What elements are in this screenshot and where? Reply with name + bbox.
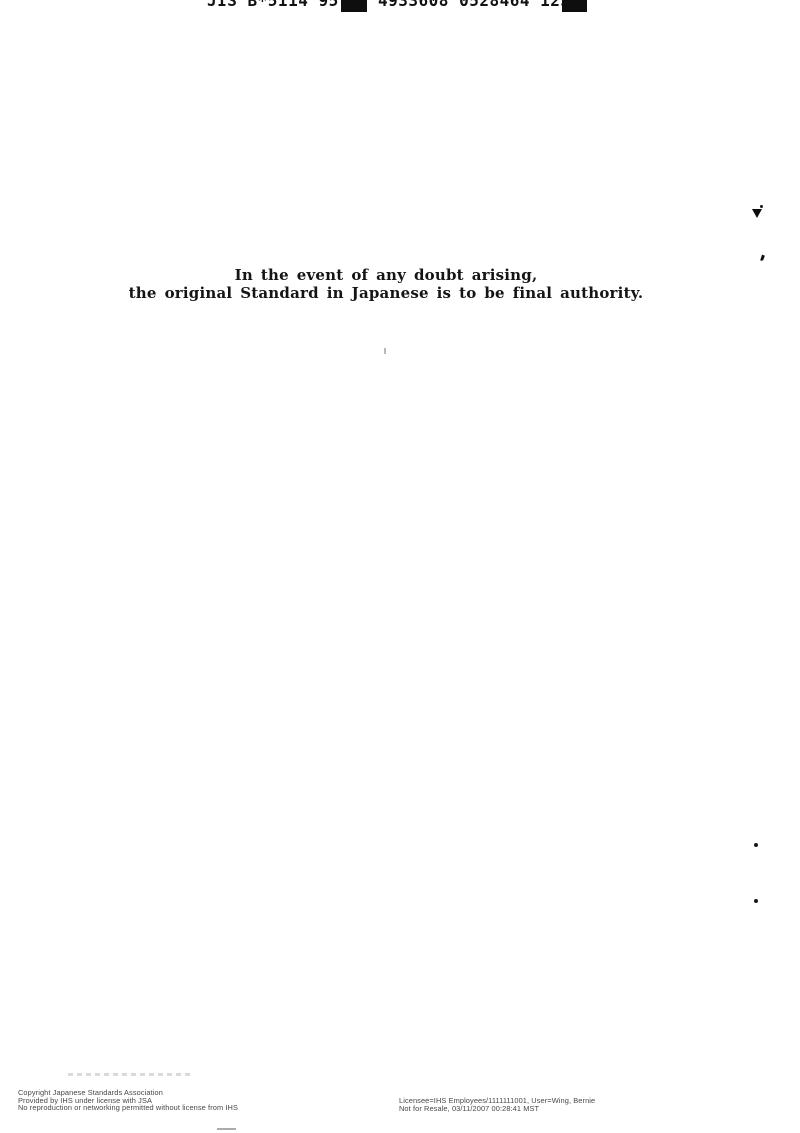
scan-speck-center [384, 348, 386, 354]
header-end-block-icon [562, 0, 587, 12]
scan-edge-dash [217, 1128, 236, 1130]
header-code-strip: JIS B*5114 95 4933608 0528464 123 [0, 0, 800, 14]
header-separator-block-icon [341, 0, 367, 12]
scan-ink-blot [752, 209, 762, 218]
header-standard-code: JIS B*5114 95 [207, 0, 339, 10]
scan-speck-dot [754, 899, 758, 903]
doubt-notice: In the event of any doubt arising, the o… [0, 266, 772, 302]
scan-speck-tick [760, 255, 765, 262]
copyright-block: Copyright Japanese Standards Association… [18, 1089, 238, 1112]
notice-line-1: In the event of any doubt arising, [0, 266, 772, 284]
copyright-line: No reproduction or networking permitted … [18, 1104, 238, 1112]
license-block: Licensee=IHS Employees/1111111001, User=… [399, 1097, 595, 1112]
notice-line-2: the original Standard in Japanese is to … [0, 284, 772, 302]
document-page: JIS B*5114 95 4933608 0528464 123 In the… [0, 0, 800, 1133]
license-line: Not for Resale, 03/11/2007 00:28:41 MST [399, 1105, 595, 1113]
scan-speck-dot [754, 843, 758, 847]
scan-speck-dot [760, 205, 763, 208]
faded-dashed-artifact [68, 1073, 190, 1076]
header-document-number: 4933608 0528464 123 [378, 0, 571, 10]
